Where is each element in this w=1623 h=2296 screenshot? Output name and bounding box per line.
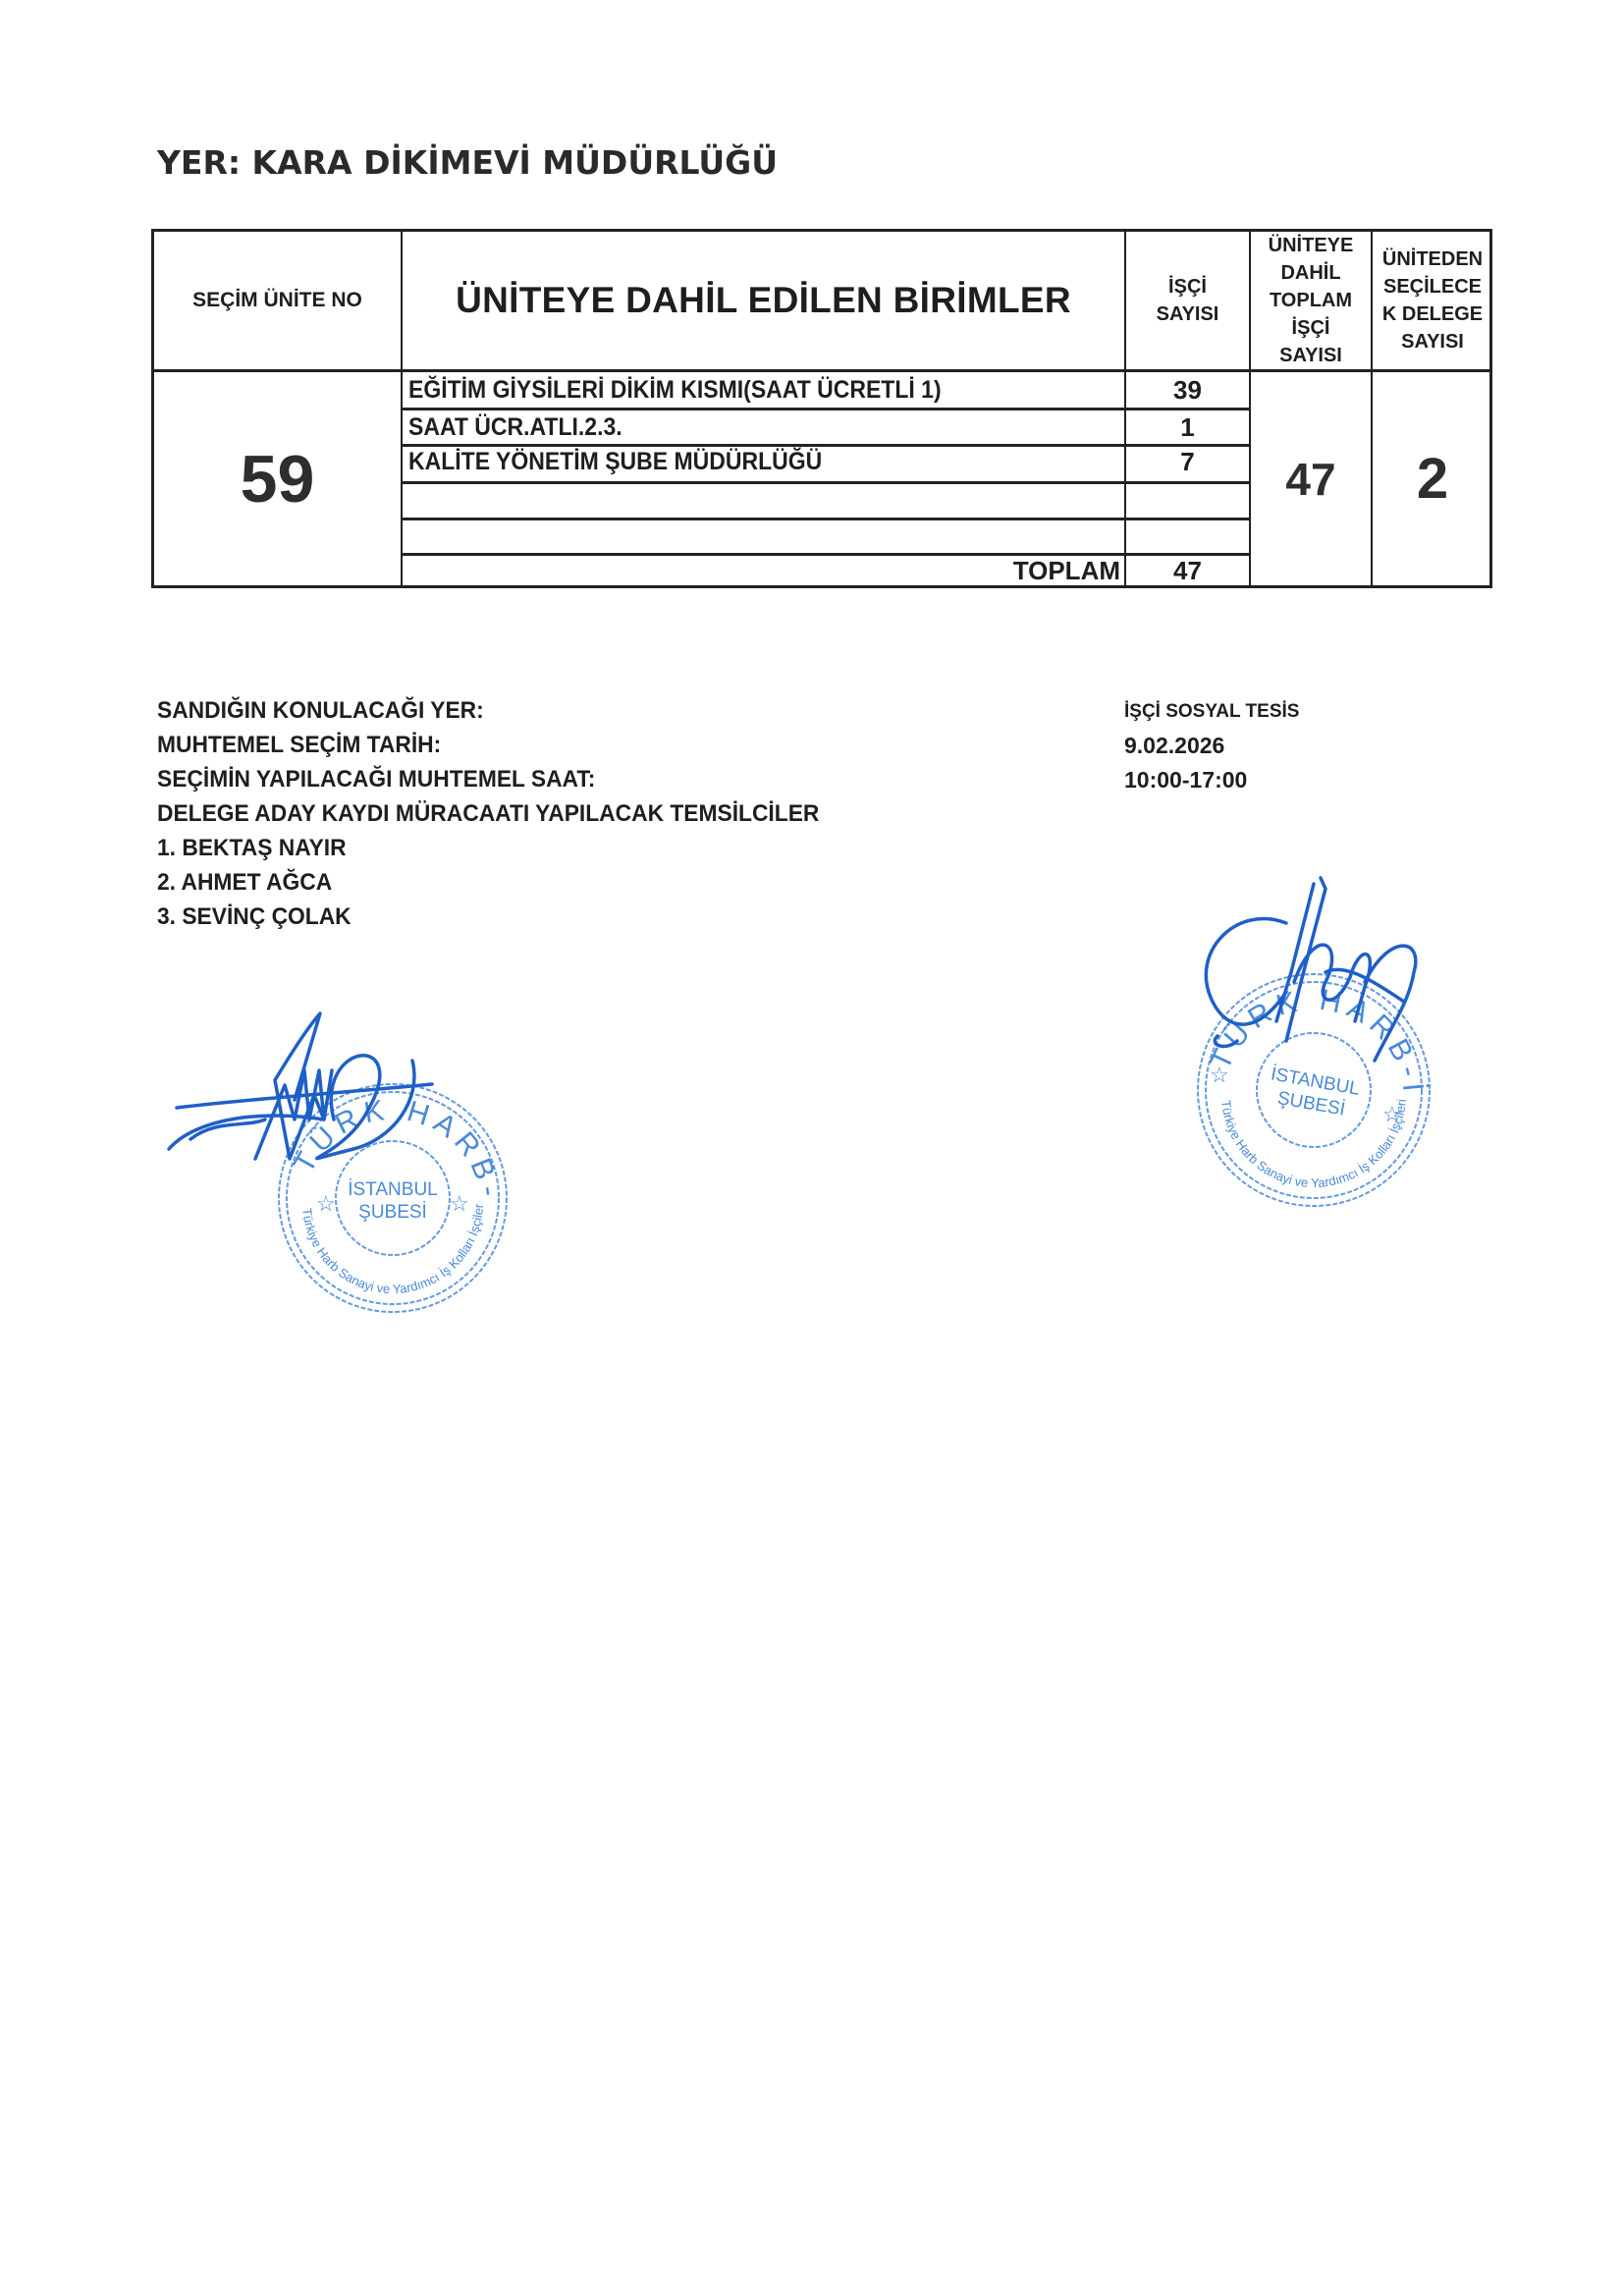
table-row: EĞİTİM GİYSİLERİ DİKİM KISMI(SAAT ÜCRETL… (403, 372, 1124, 408)
location-title: YER: KARA DİKİMEVİ MÜDÜRLÜĞÜ (157, 143, 778, 182)
signature-icon (169, 1013, 432, 1159)
election-info: SANDIĞIN KONULACAĞI YER: MUHTEMEL SEÇİM … (157, 693, 854, 934)
stamp-center-line2: ŞUBESİ (358, 1202, 427, 1223)
table-row (403, 484, 1124, 518)
election-date-value: 9.02.2026 (1124, 729, 1299, 763)
header-unit-no: SEÇİM ÜNİTE NO (154, 232, 401, 369)
union-stamp-right: TÜRK HARB-İŞ Türkiye Harb Sanayi ve Yard… (1178, 864, 1453, 1218)
election-time-value: 10:00-17:00 (1124, 763, 1299, 797)
header-delegate-count: ÜNİTEDEN SEÇİLECE K DELEGE SAYISI (1373, 232, 1492, 369)
stamp-center-line1: İSTANBUL (348, 1179, 438, 1200)
election-date-label: MUHTEMEL SEÇİM TARİH: (157, 728, 819, 762)
worker-count: 7 (1126, 447, 1249, 476)
ballot-box-location-value: İŞÇİ SOSYAL TESİS (1124, 694, 1299, 729)
header-line: K DELEGE (1382, 301, 1483, 328)
header-line: SEÇİLECE (1383, 273, 1482, 301)
star-icon: ☆ (1210, 1063, 1229, 1087)
table-row (403, 520, 1124, 553)
header-line: SAYISI (1279, 342, 1342, 369)
unit-name: KALİTE YÖNETİM ŞUBE MÜDÜRLÜĞÜ (408, 448, 822, 476)
worker-count: 39 (1126, 372, 1249, 408)
header-line: DAHİL (1280, 259, 1340, 287)
election-unit-table: SEÇİM ÜNİTE NO ÜNİTEYE DAHİL EDİLEN BİRİ… (151, 229, 1492, 588)
header-line: İŞÇİ (1168, 273, 1207, 301)
unit-number: 59 (154, 372, 401, 585)
header-line: TOPLAM (1270, 287, 1352, 314)
union-stamp-left: TÜRK HARB-İŞ Türkiye Harb Sanayi ve Yard… (157, 1002, 550, 1316)
header-line: SAYISI (1157, 301, 1219, 328)
delegates-to-elect: 2 (1373, 372, 1492, 585)
representatives-label: DELEGE ADAY KAYDI MÜRACAATI YAPILACAK TE… (157, 796, 819, 831)
table-row: KALİTE YÖNETİM ŞUBE MÜDÜRLÜĞÜ (403, 447, 1124, 476)
worker-count (1126, 484, 1249, 518)
representative-item: 3. SEVİNÇ ÇOLAK (157, 900, 819, 934)
header-unit-total: ÜNİTEYE DAHİL TOPLAM İŞÇİ SAYISI (1251, 232, 1371, 369)
header-line: ÜNİTEYE (1269, 232, 1354, 259)
header-worker-count: İŞÇİ SAYISI (1126, 232, 1249, 369)
unit-name: SAAT ÜCR.ATLI.2.3. (408, 413, 622, 442)
representative-item: 1. BEKTAŞ NAYIR (157, 831, 819, 865)
unit-total-workers: 47 (1251, 372, 1371, 585)
worker-count (1126, 520, 1249, 553)
total-label: TOPLAM (403, 556, 1120, 585)
representative-item: 2. AHMET AĞCA (157, 865, 819, 900)
header-line: SAYISI (1401, 328, 1464, 355)
header-line: ÜNİTEDEN (1382, 246, 1483, 273)
election-info-values: İŞÇİ SOSYAL TESİS 9.02.2026 10:00-17:00 (1124, 694, 1299, 797)
unit-name: EĞİTİM GİYSİLERİ DİKİM KISMI(SAAT ÜCRETL… (408, 376, 942, 405)
ballot-box-location-label: SANDIĞIN KONULACAĞI YER: (157, 693, 819, 728)
election-time-label: SEÇİMİN YAPILACAĞI MUHTEMEL SAAT: (157, 762, 819, 796)
table-row: SAAT ÜCR.ATLI.2.3. (403, 410, 1124, 444)
star-icon: ☆ (450, 1191, 469, 1216)
header-line: İŞÇİ (1292, 314, 1330, 342)
total-value: 47 (1126, 556, 1249, 585)
worker-count: 1 (1126, 410, 1249, 444)
header-units: ÜNİTEYE DAHİL EDİLEN BİRİMLER (403, 232, 1124, 369)
star-icon: ☆ (316, 1191, 336, 1216)
star-icon: ☆ (1382, 1102, 1402, 1126)
